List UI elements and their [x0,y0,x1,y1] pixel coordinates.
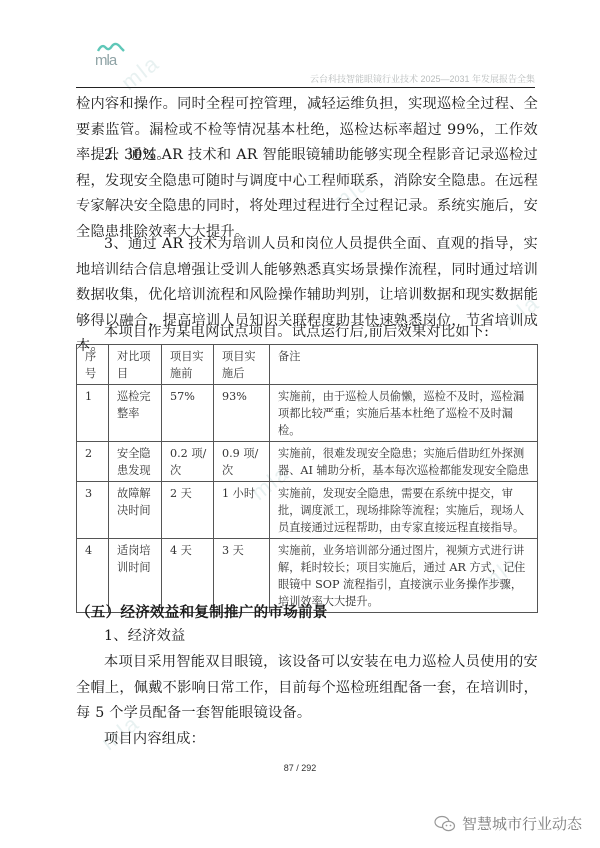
subsection-heading: 1、经济效益 [76,624,538,650]
company-logo: mla [95,42,129,80]
comparison-table: 序号 对比项目 项目实施前 项目实施后 备注 1 巡检完整率 57% 93% 实… [76,344,538,613]
table-cell: 实施前，很难发现安全隐患；实施后借助红外探测器、AI 辅助分析，基本每次巡检都能… [270,442,538,482]
table-row: 3 故障解决时间 2 天 1 小时 实施前，发现安全隐患，需要在系统中提交，审批… [77,482,538,539]
brand-name: 智慧城市行业动态 [462,813,582,834]
table-header-cell: 备注 [270,345,538,385]
table-header-cell: 序号 [77,345,109,385]
table-cell: 安全隐患发现 [109,442,162,482]
table-cell: 3 [77,482,109,539]
page-number: 87 / 292 [0,763,600,773]
logo-text: mla [95,52,116,69]
table-cell: 1 小时 [214,482,270,539]
logo-mark-icon [97,42,125,52]
table-cell: 实施前，由于巡检人员偷懒，巡检不及时，巡检漏项都比较严重；实施后基本杜绝了巡检不… [270,385,538,442]
table-cell: 故障解决时间 [109,482,162,539]
header-divider [76,87,535,88]
paragraph-item-2: 2、通过 AR 技术和 AR 智能眼镜辅助能够实现全程影音记录巡检过程，发现安全… [76,143,538,245]
table-cell: 巡检完整率 [109,385,162,442]
paragraph-project-composition: 项目内容组成： [76,727,538,753]
wechat-icon [434,815,456,833]
table-header-cell: 项目实施后 [214,345,270,385]
section-heading: （五）经济效益和复制推广的市场前景 [76,601,328,622]
table-header-row: 序号 对比项目 项目实施前 项目实施后 备注 [77,345,538,385]
document-header-title: 云台科技智能眼镜行业技术 2025—2031 年发展报告全集 [310,72,535,85]
table-row: 2 安全隐患发现 0.2 项/次 0.9 项/次 实施前，很难发现安全隐患；实施… [77,442,538,482]
table-header-cell: 对比项目 [109,345,162,385]
table-cell: 0.9 项/次 [214,442,270,482]
table-cell: 57% [162,385,214,442]
paragraph-table-intro: 本项目作为某电网试点项目。试点运行后,前后效果对比如下: [76,320,538,346]
table-cell: 2 [77,442,109,482]
table-cell: 实施前，发现安全隐患，需要在系统中提交，审批，调度派工，现场排除等流程；实施后，… [270,482,538,539]
table-cell: 93% [214,385,270,442]
paragraph-economic-benefit: 本项目采用智能双目眼镜，该设备可以安装在电力巡检人员使用的安全帽上，佩戴不影响日… [76,650,538,727]
table-cell: 0.2 项/次 [162,442,214,482]
table-row: 1 巡检完整率 57% 93% 实施前，由于巡检人员偷懒，巡检不及时，巡检漏项都… [77,385,538,442]
table-cell: 2 天 [162,482,214,539]
source-brand: 智慧城市行业动态 [434,813,582,834]
table-header-cell: 项目实施前 [162,345,214,385]
table-cell: 1 [77,385,109,442]
